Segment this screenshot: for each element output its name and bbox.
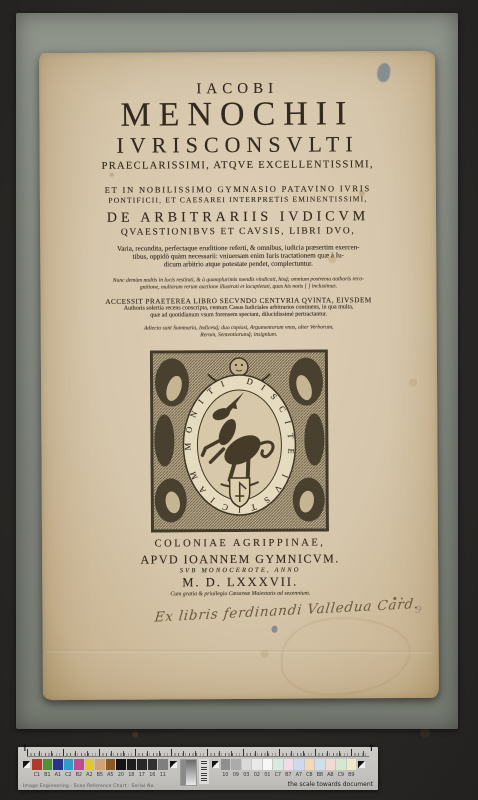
author-name-line2: MENOCHII [39,97,435,133]
color-patch-B1: B1 [43,759,53,778]
color-patch-B2: B2 [74,759,84,778]
imprint-place: COLONIAE AGRIPPINAE, [42,538,438,551]
description-line3: dicum arbitrio atque potestate pendet, c… [40,259,436,269]
work-title-line1: DE ARBITRARIIS IVDICVM [40,209,436,225]
chart-ruler: ↑ ↑ [27,747,369,757]
gray-gradient-patch [180,759,197,786]
color-patch-B7: B7 [284,759,294,778]
color-patch-02: 02 [252,759,262,778]
registration-mark [212,761,219,768]
registration-mark [23,761,30,768]
color-patch-A2: A2 [85,759,95,778]
color-patch-C1: C1 [32,759,42,778]
imprint-year: M. D. LXXXVII. [42,575,438,590]
color-patch-16: 16 [148,759,158,778]
printer-device-woodcut: DISCITE IVSTICIAM MONITI [150,350,329,533]
calibration-chart: ↑ ↑ C1B1A1C2B2A2B5A52018171611 100903020… [18,747,378,790]
honorific-line2: ET IN NOBILISSIMO GYMNASIO PATAVINO IVRI… [40,183,436,194]
chart-footer-left: Image Engineering · Scan Reference Chart… [23,784,155,789]
edition-note-line2: gnitione, multarum rerum auctione illust… [40,283,436,292]
honorific-line1: PRAECLARISSIMI, ATQVE EXCELLENTISSIMI, [40,160,436,173]
ink-dots [393,597,396,600]
color-patch-A5: A5 [106,759,116,778]
color-patch-B9: B9 [347,759,357,778]
printer-mark-shield [230,478,250,507]
color-patch-C8: C8 [305,759,315,778]
ruler-arrow-left: ↑ [21,745,29,754]
color-patch-03: 03 [242,759,252,778]
registration-mark [358,761,365,768]
color-patch-group-left: C1B1A1C2B2A2B5A52018171611 [32,759,168,778]
mascaron-face [230,358,248,376]
adiecta-line2: Rerum, Sententiarumq́; insignium. [41,330,437,339]
author-title-line: IVRISCONSVLTI [40,133,436,157]
color-patch-group-right: 1009030201C7B7A7C8B8A8C9B9 [221,759,357,778]
color-patch-C9: C9 [336,759,346,778]
registration-mark [170,761,177,768]
book-title-page: IACOBI MENOCHII IVRISCONSVLTI PRAECLARIS… [39,51,439,700]
honorific-line3: PONTIFICII, ET CAESAREI INTERPRETIS EMIN… [40,195,436,205]
color-patch-10: 10 [221,759,231,778]
color-patch-A8: A8 [326,759,336,778]
color-patch-B5: B5 [95,759,105,778]
author-name-line1: IACOBI [39,51,435,98]
color-patch-11: 11 [158,759,168,778]
color-patch-09: 09 [231,759,241,778]
work-title-line2: QVAESTIONIBVS ET CAVSIS, LIBRI DVO, [40,226,436,238]
color-patch-C7: C7 [273,759,283,778]
scan-background: IACOBI MENOCHII IVRISCONSVLTI PRAECLARIS… [0,0,478,800]
vertical-microtext [199,759,209,784]
pencil-mark: 9 [415,604,422,617]
chart-footer-right: the scale towards document [288,781,373,788]
imprint-sign: SVB MONOCEROTE, ANNO [42,567,438,576]
color-patch-B8: B8 [315,759,325,778]
accessit-line3: quæ ad quotidianum vsum forensem spectan… [41,311,437,320]
ruler-arrow-right: ↑ [367,745,375,754]
color-patch-C2: C2 [64,759,74,778]
color-patch-A1: A1 [53,759,63,778]
color-patch-A7: A7 [294,759,304,778]
color-patch-01: 01 [263,759,273,778]
imprint-publisher: APVD IOANNEM GYMNICVM. [42,552,438,566]
color-patch-18: 18 [127,759,137,778]
color-patch-20: 20 [116,759,126,778]
color-patch-17: 17 [137,759,147,778]
